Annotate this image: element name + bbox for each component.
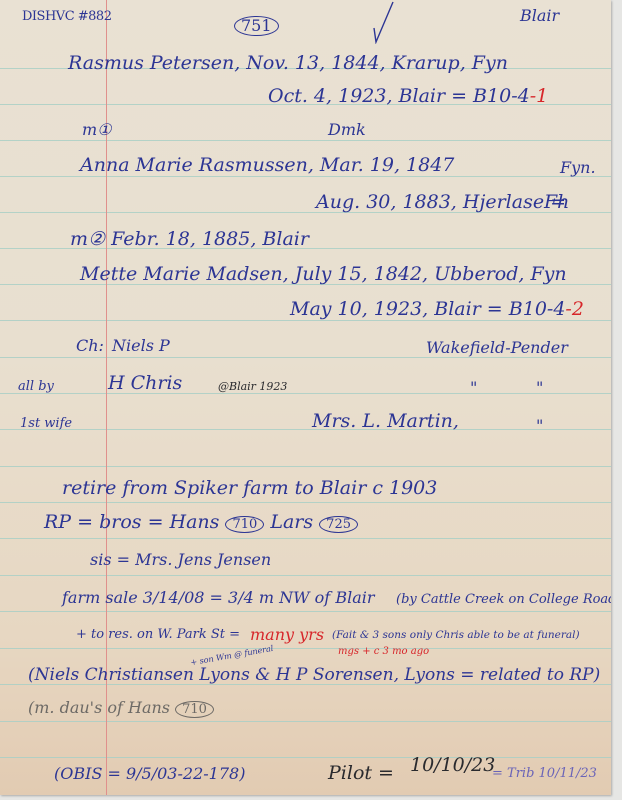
brothers-prefix: RP = bros = Hans bbox=[44, 511, 219, 533]
ruled-line bbox=[0, 721, 611, 722]
residence-red-note: many yrs bbox=[250, 627, 324, 643]
ruled-line bbox=[0, 176, 611, 177]
marriage2-line: m② Febr. 18, 1885, Blair bbox=[70, 230, 309, 249]
brother2-number: 725 bbox=[319, 516, 358, 533]
marriage1-country: Dmk bbox=[328, 122, 366, 138]
obit-reference: (OBIS = 9/5/03-22-178) bbox=[54, 766, 245, 782]
subject-plot-suffix: -1 bbox=[530, 85, 549, 107]
child-2-name: H Chris bbox=[108, 374, 182, 393]
relatives-note: (Niels Christiansen Lyons & H P Sorensen… bbox=[28, 667, 600, 684]
child-2-ditto-2: " bbox=[536, 380, 543, 396]
pencil-note-prefix: (m. dau's of Hans bbox=[28, 698, 170, 717]
marriage2-plot-suffix: -2 bbox=[565, 298, 584, 320]
children-label: Ch: bbox=[76, 338, 104, 354]
check-mark-icon bbox=[371, 0, 395, 44]
header-place: Blair bbox=[520, 8, 559, 24]
record-number-circle: 751 bbox=[234, 16, 279, 36]
ruled-line bbox=[0, 466, 611, 467]
child-2-ditto-1: " bbox=[470, 380, 477, 396]
record-number: 751 bbox=[234, 16, 279, 36]
marriage1-spouse-line: Anna Marie Rasmussen, Mar. 19, 1847 bbox=[80, 156, 454, 175]
pilot-label: Pilot = bbox=[328, 764, 394, 783]
ruled-line bbox=[0, 575, 611, 576]
marriage1-death-suffix: Fh bbox=[544, 193, 569, 212]
child-2-note: @Blair 1923 bbox=[218, 381, 287, 392]
ruled-line bbox=[0, 757, 611, 758]
document-card: DISHVC #882 751 Blair Rasmus Petersen, N… bbox=[0, 0, 611, 795]
residence-prefix: + to res. on W. Park St = bbox=[76, 628, 240, 641]
ruled-line bbox=[0, 357, 611, 358]
farm-sale-note: farm sale 3/14/08 = 3/4 m NW of Blair bbox=[62, 590, 375, 606]
residence-subnote: (Fait & 3 sons only Chris able to be at … bbox=[332, 630, 580, 641]
trib-date: = Trib 10/11/23 bbox=[492, 767, 597, 780]
marriage1-death-line: Aug. 30, 1883, Hjerlase = bbox=[316, 193, 566, 212]
retire-note: retire from Spiker farm to Blair c 1903 bbox=[62, 479, 437, 498]
marriage2-death-line: May 10, 1923, Blair = B10-4-2 bbox=[290, 300, 584, 319]
marriage2-death-text: May 10, 1923, Blair = B10-4 bbox=[290, 298, 565, 320]
marriage1-label: m① bbox=[82, 122, 112, 138]
children-side-note-2: 1st wife bbox=[20, 417, 72, 430]
subject-line: Rasmus Petersen, Nov. 13, 1844, Krarup, … bbox=[68, 54, 508, 73]
child-3-ditto: " bbox=[536, 418, 543, 434]
ruled-line bbox=[0, 538, 611, 539]
ruled-line bbox=[0, 502, 611, 503]
brothers-note: RP = bros = Hans 710 Lars 725 bbox=[44, 513, 358, 533]
pencil-note: (m. dau's of Hans 710 bbox=[28, 700, 214, 718]
ruled-line bbox=[0, 611, 611, 612]
child-1-name: Niels P bbox=[112, 338, 170, 354]
child-1-location: Wakefield-Pender bbox=[426, 340, 568, 356]
reference-code: DISHVC #882 bbox=[22, 10, 111, 23]
sister-note: sis = Mrs. Jens Jensen bbox=[90, 552, 271, 568]
ruled-line bbox=[0, 429, 611, 430]
brother1-number: 710 bbox=[225, 516, 264, 533]
children-side-note-1: all by bbox=[18, 380, 54, 393]
ruled-line bbox=[0, 648, 611, 649]
farm-sale-subnote: (by Cattle Creek on College Road) bbox=[396, 593, 611, 606]
pilot-date: 10/10/23 bbox=[410, 756, 495, 775]
ruled-line bbox=[0, 320, 611, 321]
subject-death-text: Oct. 4, 1923, Blair = B10-4 bbox=[268, 85, 530, 107]
ruled-line bbox=[0, 140, 611, 141]
child-3-name: Mrs. L. Martin, bbox=[312, 412, 459, 431]
subject-death-line: Oct. 4, 1923, Blair = B10-4-1 bbox=[268, 87, 548, 106]
brother2-name: Lars bbox=[270, 511, 313, 533]
marriage1-spouse-region: Fyn. bbox=[560, 160, 596, 176]
marriage2-spouse-line: Mette Marie Madsen, July 15, 1842, Ubber… bbox=[80, 265, 567, 284]
ruled-line bbox=[0, 393, 611, 394]
pencil-note-number: 710 bbox=[175, 701, 214, 718]
red-subnote: mgs + c 3 mo ago bbox=[338, 647, 429, 657]
